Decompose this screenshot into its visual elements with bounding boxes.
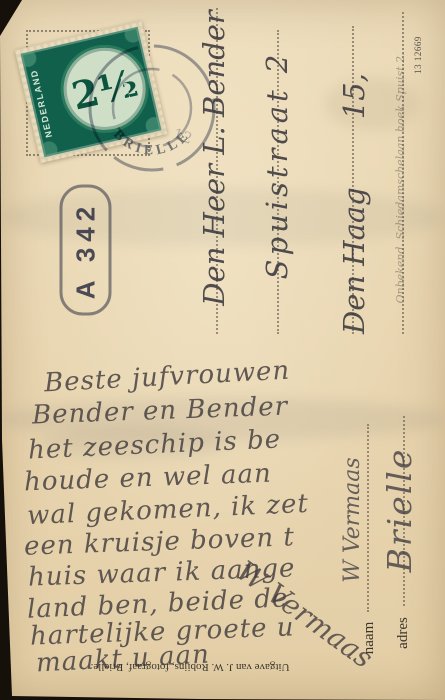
sorting-mark: A 342 (60, 185, 112, 316)
address-city: Den Haag (337, 187, 371, 334)
naam-label: naam (360, 611, 378, 665)
pencil-note: Onbekend. Schiedamschelaan hoek Spuist 2… (392, 13, 408, 343)
address-line-3: Den Haag 15, (331, 14, 377, 342)
scan-background: NEDERLAND 2½ 2½ CENT BRIELLE 12 A 342 De… (0, 0, 445, 700)
adres-value: Brielle (375, 420, 423, 600)
address-line-2: Spuistraat 2 (254, 15, 300, 315)
address-number: 15, (337, 73, 371, 119)
address-line-1: Den Heer L. Bender (191, 0, 237, 323)
adres-label: adres (394, 606, 412, 660)
naam-value: W Vermaas (334, 425, 370, 615)
postcard: NEDERLAND 2½ 2½ CENT BRIELLE 12 A 342 De… (0, 0, 445, 700)
publisher-line: Uitgave van J. W. Robijns, fotograaf, Br… (40, 657, 340, 673)
control-number: 13 12669 (411, 23, 425, 87)
